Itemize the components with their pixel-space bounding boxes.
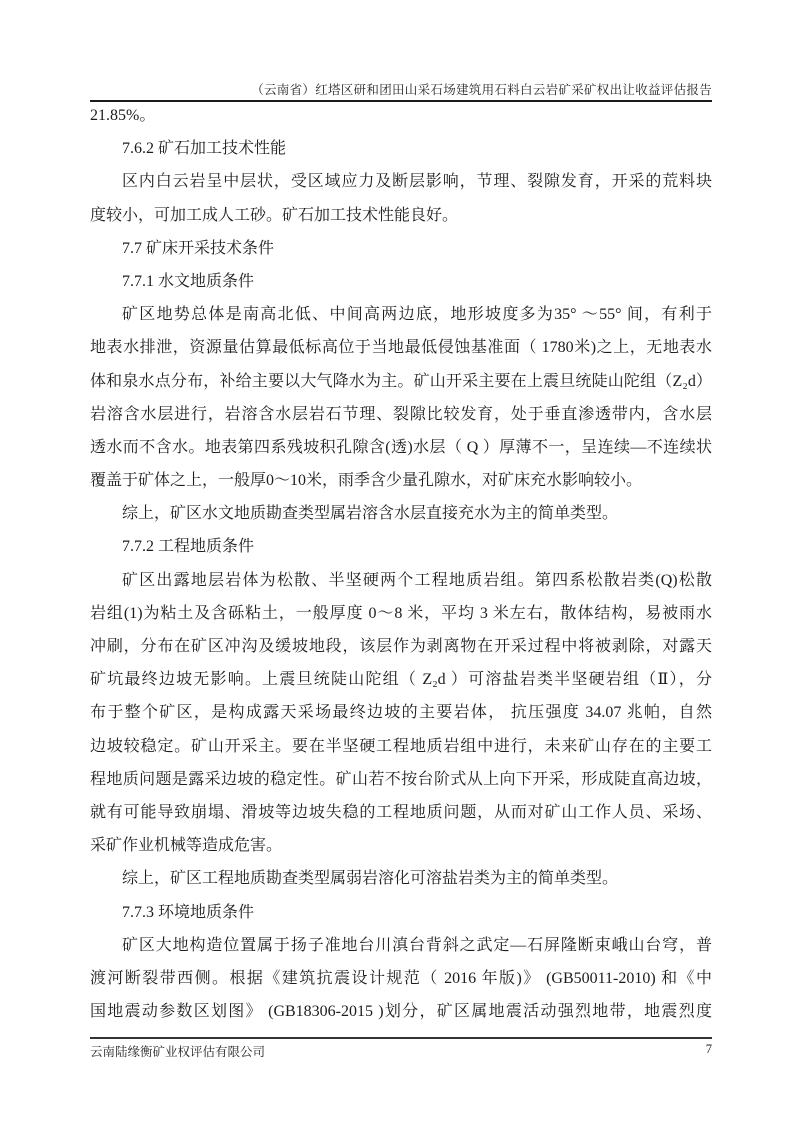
text-line: 矿坑最终边坡无影响。上震旦统陡山陀组（ Z₂d ）可溶盐岩类半坚硬岩组（Ⅱ），分 bbox=[90, 663, 712, 696]
text-line: 7.7.3 环境地质条件 bbox=[90, 896, 712, 929]
text-line: 渡河断裂带西侧。根据《建筑抗震设计规范（ 2016 年版)》 (GB50011-… bbox=[90, 962, 712, 995]
text-line: 综上，矿区工程地质勘查类型属弱岩溶化可溶盐岩类为主的简单类型。 bbox=[90, 862, 712, 895]
text-line: 就有可能导致崩塌、滑坡等边坡失稳的工程地质问题，从而对矿山工作人员、采场、 bbox=[90, 796, 712, 829]
footer-rule bbox=[90, 1037, 712, 1039]
text-line: 程地质问题是露采边坡的稳定性。矿山若不按台阶式从上向下开采，形成陡直高边坡， bbox=[90, 763, 712, 796]
text-line: 地表水排泄，资源量估算最低标高位于当地最低侵蚀基准面（ 1780米)之上，无地表… bbox=[90, 331, 712, 364]
text-line: 7.7.2 工程地质条件 bbox=[90, 530, 712, 563]
text-line: 边坡较稳定。矿山开采主。要在半坚硬工程地质岩组中进行，未来矿山存在的主要工 bbox=[90, 730, 712, 763]
text-line: 布于整个矿区，是构成露天采场最终边坡的主要岩体， 抗压强度 34.07 兆帕，自… bbox=[90, 696, 712, 729]
text-line: 区内白云岩呈中层状，受区域应力及断层影响，节理、裂隙发育，开采的荒料块 bbox=[90, 165, 712, 198]
text-line: 岩溶含水层进行，岩溶含水层岩石节理、裂隙比较发育，处于垂直渗透带内，含水层 bbox=[90, 398, 712, 431]
text-line: 7.7 矿床开采技术条件 bbox=[90, 232, 712, 265]
text-line: 采矿作业机械等造成危害。 bbox=[90, 829, 712, 862]
text-line: 国地震动参数区划图》 (GB18306-2015 )划分，矿区属地震活动强烈地带… bbox=[90, 995, 712, 1028]
text-line: 矿区地势总体是南高北低、中间高两边底，地形坡度多为35° ～55° 间，有利于 bbox=[90, 298, 712, 331]
document-body: 21.85%。7.6.2 矿石加工技术性能区内白云岩呈中层状，受区域应力及断层影… bbox=[90, 99, 712, 1028]
text-line: 体和泉水点分布，补给主要以大气降水为主。矿山开采主要在上震旦统陡山陀组（Z₂d） bbox=[90, 365, 712, 398]
text-line: 透水而不含水。地表第四系残坡积孔隙含(透)水层（ Q ）厚薄不一，呈连续—不连续… bbox=[90, 431, 712, 464]
text-line: 7.6.2 矿石加工技术性能 bbox=[90, 132, 712, 165]
text-line: 覆盖于矿体之上，一般厚0～10米，雨季含少量孔隙水，对矿床充水影响较小。 bbox=[90, 464, 712, 497]
footer-page-number: 7 bbox=[706, 1042, 712, 1057]
text-line: 7.7.1 水文地质条件 bbox=[90, 265, 712, 298]
text-line: 岩组(1)为粘土及含砾粘土，一般厚度 0～8 米，平均 3 米左右，散体结构，易… bbox=[90, 597, 712, 630]
footer-company: 云南陆缘衡矿业权评估有限公司 bbox=[90, 1042, 265, 1060]
document-page: （云南省）红塔区研和团田山采石场建筑用石料白云岩矿采矿权出让收益评估报告 21.… bbox=[0, 0, 794, 1123]
text-line: 矿区出露地层岩体为松散、半坚硬两个工程地质岩组。第四系松散岩类(Q)松散 bbox=[90, 564, 712, 597]
page-footer: 云南陆缘衡矿业权评估有限公司 7 bbox=[90, 1042, 712, 1060]
text-line: 冲刷，分布在矿区冲沟及缓坡地段，该层作为剥离物在开采过程中将被剥除，对露天 bbox=[90, 630, 712, 663]
text-line: 矿区大地构造位置属于扬子准地台川滇台背斜之武定—石屏隆断束峨山台穹，普 bbox=[90, 929, 712, 962]
page-header: （云南省）红塔区研和团田山采石场建筑用石料白云岩矿采矿权出让收益评估报告 bbox=[90, 74, 712, 98]
text-line: 综上，矿区水文地质勘查类型属岩溶含水层直接充水为主的简单类型。 bbox=[90, 497, 712, 530]
text-line: 度较小，可加工成人工砂。矿石加工技术性能良好。 bbox=[90, 199, 712, 232]
header-title: （云南省）红塔区研和团田山采石场建筑用石料白云岩矿采矿权出让收益评估报告 bbox=[251, 80, 712, 98]
text-line: 21.85%。 bbox=[90, 99, 712, 132]
